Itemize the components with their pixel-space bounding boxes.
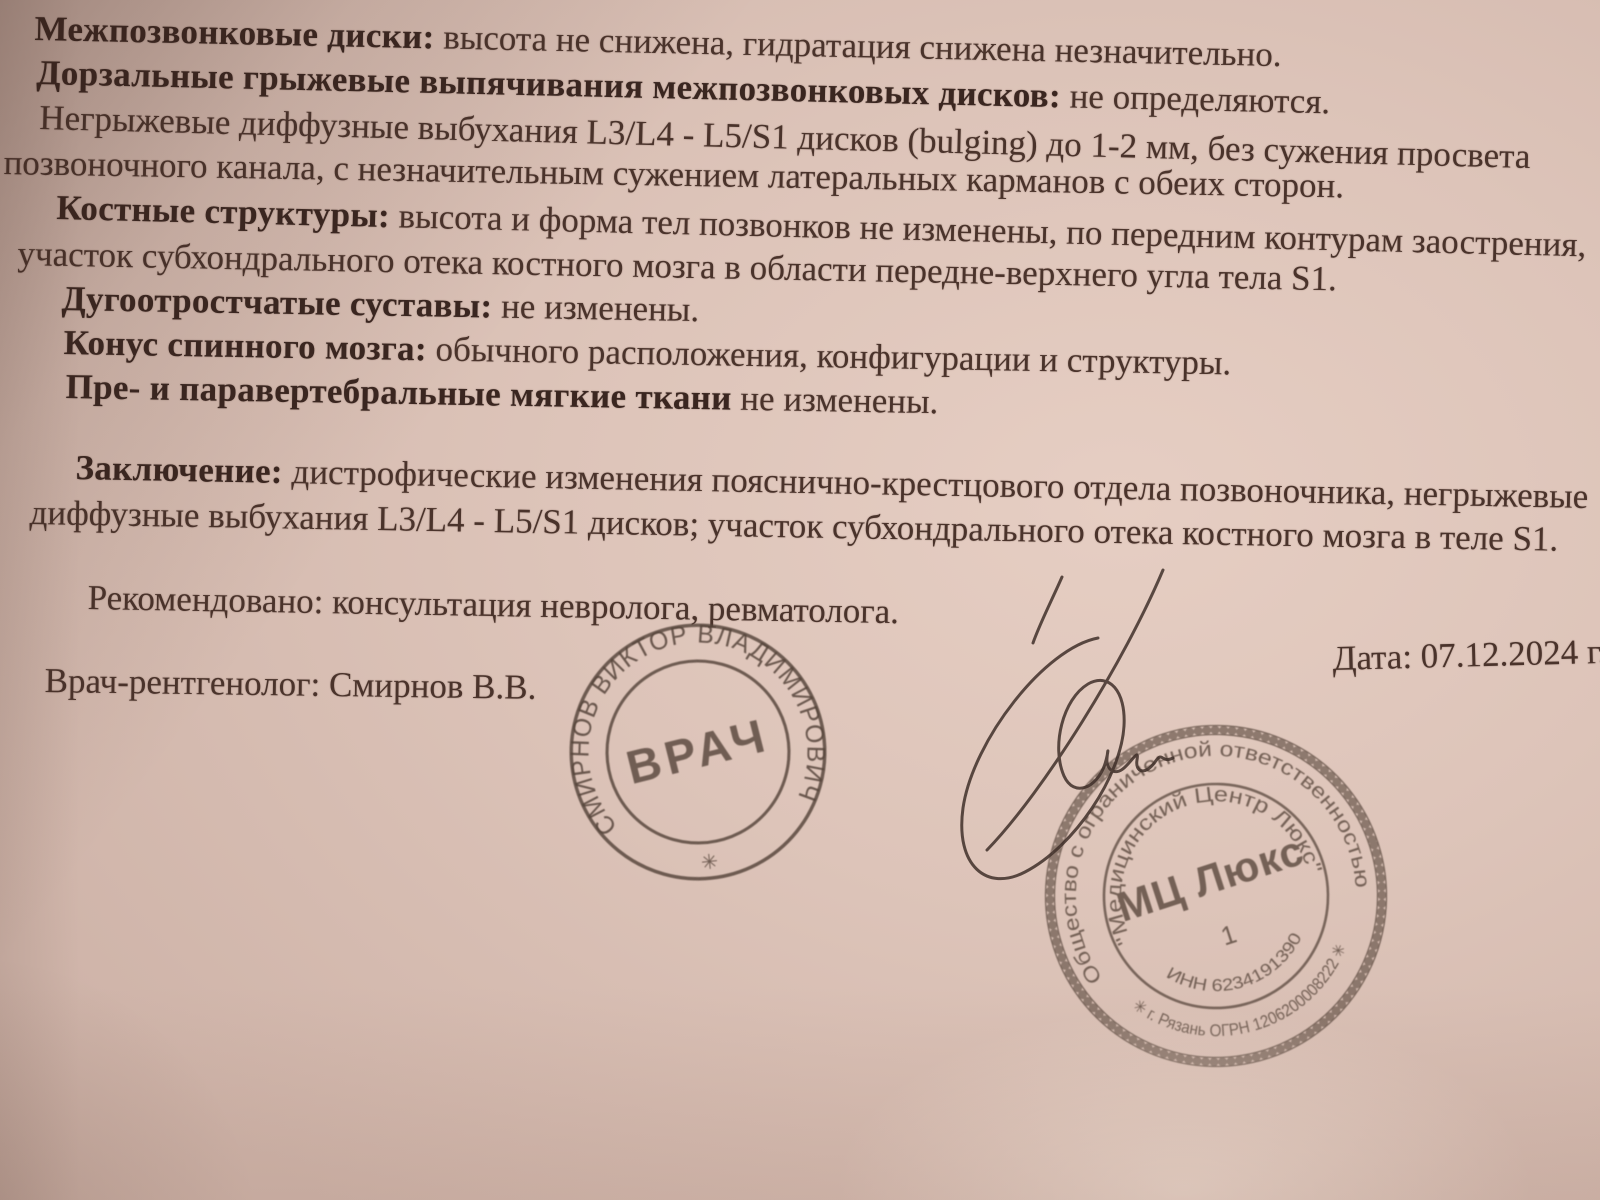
- doctor-stamp: СМИРНОВ ВИКТОР ВЛАДИМИРОВИЧ ВРАЧ ✳: [546, 600, 849, 903]
- line-bold: Дугоотростчатые суставы:: [61, 279, 492, 326]
- date-label: Дата: 07.12.2024 г.: [1332, 631, 1600, 680]
- doctor-signature-line: Врач-рентгенолог: Смирнов В.В.: [44, 660, 536, 709]
- line-bold: Межпозвонковые диски:: [34, 9, 435, 56]
- doctor-stamp-center-text: ВРАЧ: [621, 708, 775, 795]
- company-stamp-center-number: 1: [1217, 918, 1240, 951]
- date-text: Дата: 07.12.2024 г.: [1332, 632, 1600, 678]
- signature-stroke: [1033, 577, 1062, 643]
- signature-stroke: [987, 570, 1163, 850]
- line-text: Врач-рентгенолог: Смирнов В.В.: [44, 661, 536, 707]
- signature-stroke: [962, 638, 1124, 879]
- line-text: не изменены.: [492, 287, 699, 330]
- doctor-stamp-bottom-mark: ✳: [700, 850, 719, 875]
- line-text: не изменены.: [731, 379, 938, 422]
- line-bold: Костные структуры:: [56, 188, 390, 235]
- signature: [925, 550, 1205, 890]
- line-bold: Конус спинного мозга:: [63, 323, 427, 368]
- line-bold: Заключение:: [75, 448, 283, 491]
- line-text: не определяются.: [1061, 76, 1331, 121]
